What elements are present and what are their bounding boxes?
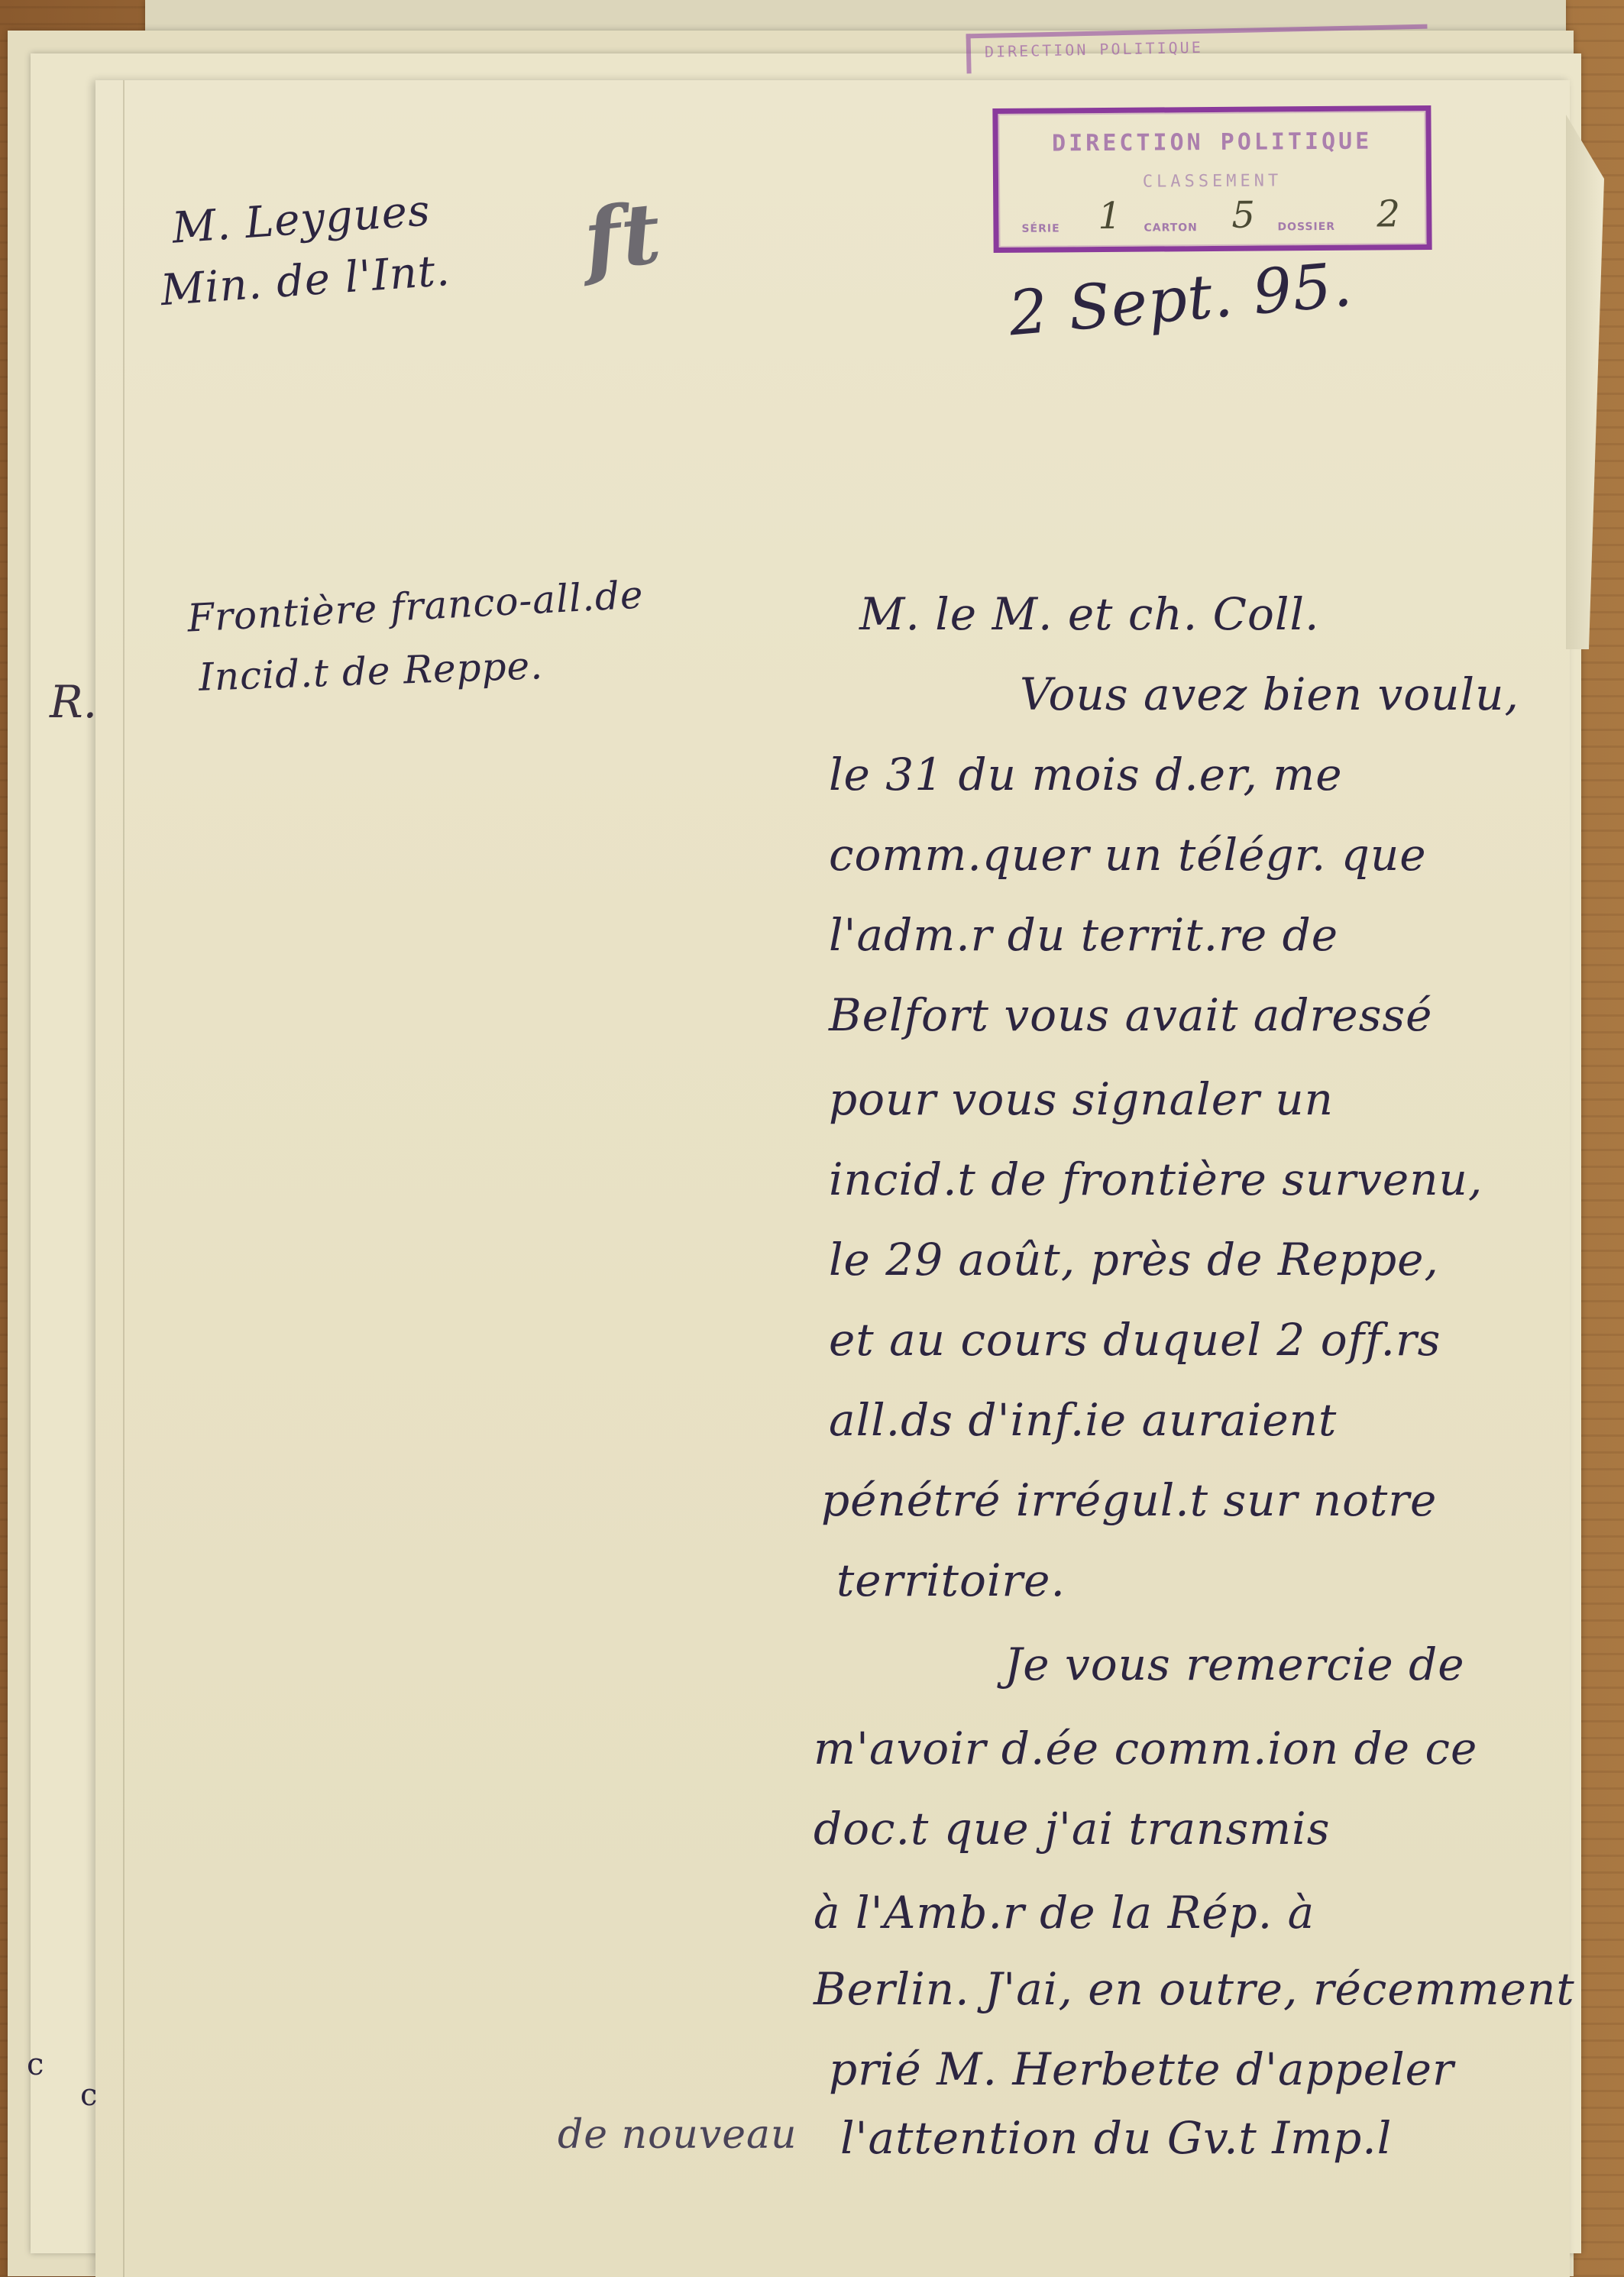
- subject-line-2: Incid.t de Reppe.: [198, 643, 544, 700]
- stamp-title: DIRECTION POLITIQUE: [1021, 128, 1403, 157]
- body-line: all.ds d'inf.ie auraient: [829, 1394, 1337, 1446]
- inserted-margin-text: de nouveau: [558, 2112, 797, 2158]
- classification-stamp: DIRECTION POLITIQUE CLASSEMENT SÉRIE 1 C…: [992, 105, 1432, 253]
- stamp-serie-label: SÉRIE: [1021, 222, 1059, 234]
- body-line: doc.t que j'ai transmis: [814, 1803, 1331, 1855]
- body-line: à l'Amb.r de la Rép. à: [814, 1887, 1315, 1939]
- margin-letter: R.: [50, 676, 97, 728]
- body-line: pour vous signaler un: [829, 1073, 1334, 1125]
- body-line: le 29 août, près de Reppe,: [829, 1234, 1439, 1286]
- salutation: M. le M. et ch. Coll.: [859, 588, 1319, 640]
- addressee-line-2: Min. de l'Int.: [159, 246, 451, 315]
- body-line: Vous avez bien voulu,: [1020, 668, 1519, 720]
- body-line: pénétré irrégul.t sur notre: [821, 1474, 1437, 1526]
- body-line: prié M. Herbette d'appeler: [829, 2043, 1454, 2095]
- body-line: m'avoir d.ée comm.ion de ce: [814, 1722, 1477, 1774]
- body-line: l'attention du Gv.t Imp.l: [840, 2112, 1392, 2164]
- page-binding-edge: [95, 80, 125, 2277]
- letter-date: 2 Sept. 95.: [1006, 249, 1355, 350]
- body-line: comm.quer un télégr. que: [829, 829, 1427, 881]
- edge-mark: c: [27, 2047, 44, 2082]
- body-line: incid.t de frontière survenu,: [829, 1153, 1483, 1205]
- stamp-subtitle: CLASSEMENT: [998, 170, 1426, 192]
- pencil-annotation: ft: [580, 183, 666, 289]
- edge-mark: c: [80, 2078, 97, 2113]
- body-line: l'adm.r du territ.re de: [829, 909, 1338, 961]
- stamp-fields: SÉRIE 1 CARTON 5 DOSSIER 2: [1014, 199, 1411, 240]
- stamp-carton-label: CARTON: [1144, 222, 1198, 234]
- body-line: le 31 du mois d.er, me: [829, 749, 1343, 801]
- document-page: DIRECTION POLITIQUE CLASSEMENT SÉRIE 1 C…: [95, 80, 1570, 2277]
- stamp-dossier-value: 2: [1377, 192, 1400, 235]
- addressee-line-1: M. Leygues: [170, 186, 432, 253]
- subject-line-1: Frontière franco-all.de: [186, 572, 645, 640]
- body-line: Belfort vous avait adressé: [829, 989, 1432, 1041]
- stamp-carton-value: 5: [1231, 194, 1255, 237]
- body-line: Berlin. J'ai, en outre, récemment: [814, 1963, 1575, 2015]
- body-line: territoire.: [836, 1554, 1066, 1606]
- stamp-serie-value: 1: [1098, 195, 1121, 238]
- body-line: et au cours duquel 2 off.rs: [829, 1314, 1441, 1366]
- body-line: Je vous remercie de: [1004, 1638, 1465, 1690]
- stamp-dossier-label: DOSSIER: [1277, 221, 1335, 234]
